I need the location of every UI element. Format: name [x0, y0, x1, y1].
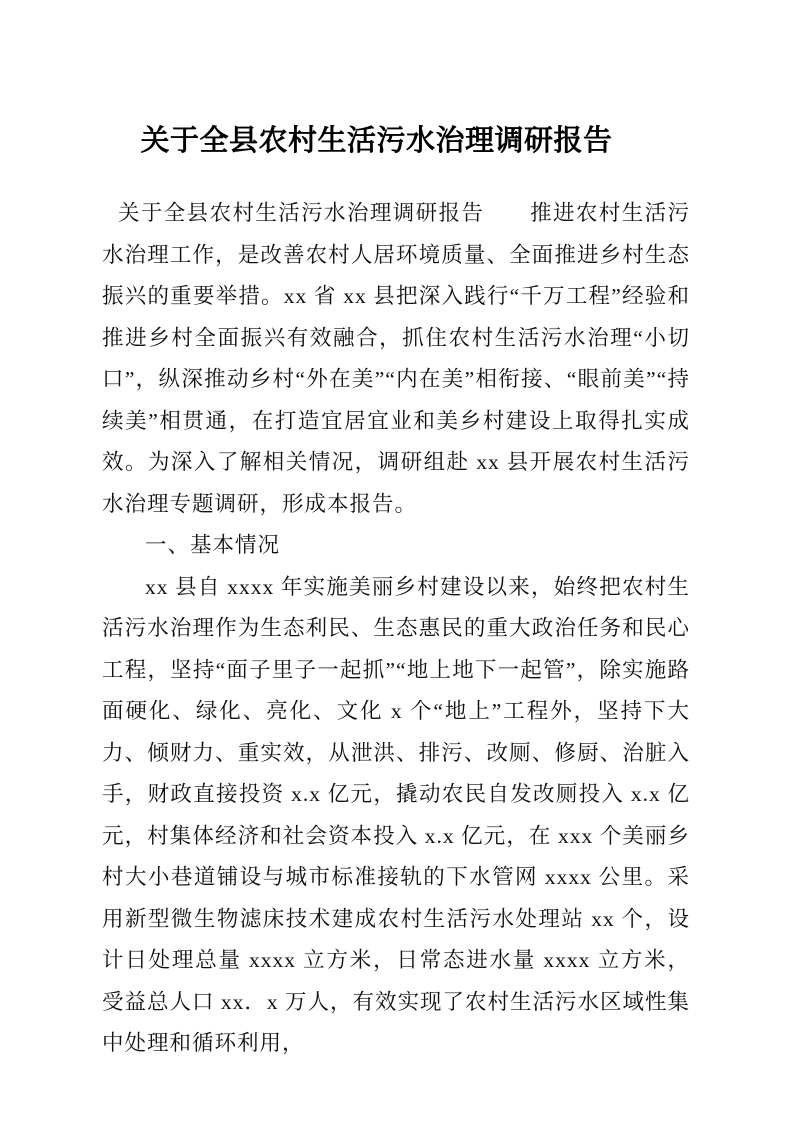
document-title: 关于全县农村生活污水治理调研报告 [0, 122, 793, 160]
paragraph: 关于全县农村生活污水治理调研报告 推进农村生活污水治理工作，是改善农村人居环境质… [102, 193, 690, 525]
document-page: 关于全县农村生活污水治理调研报告 关于全县农村生活污水治理调研报告 推进农村生活… [0, 0, 793, 1122]
document-body: 关于全县农村生活污水治理调研报告 推进农村生活污水治理工作，是改善农村人居环境质… [102, 193, 690, 1065]
paragraph: xx 县自 xxxx 年实施美丽乡村建设以来，始终把农村生活污水治理作为生态利民… [102, 567, 690, 1065]
section-heading: 一、基本情况 [102, 525, 690, 567]
